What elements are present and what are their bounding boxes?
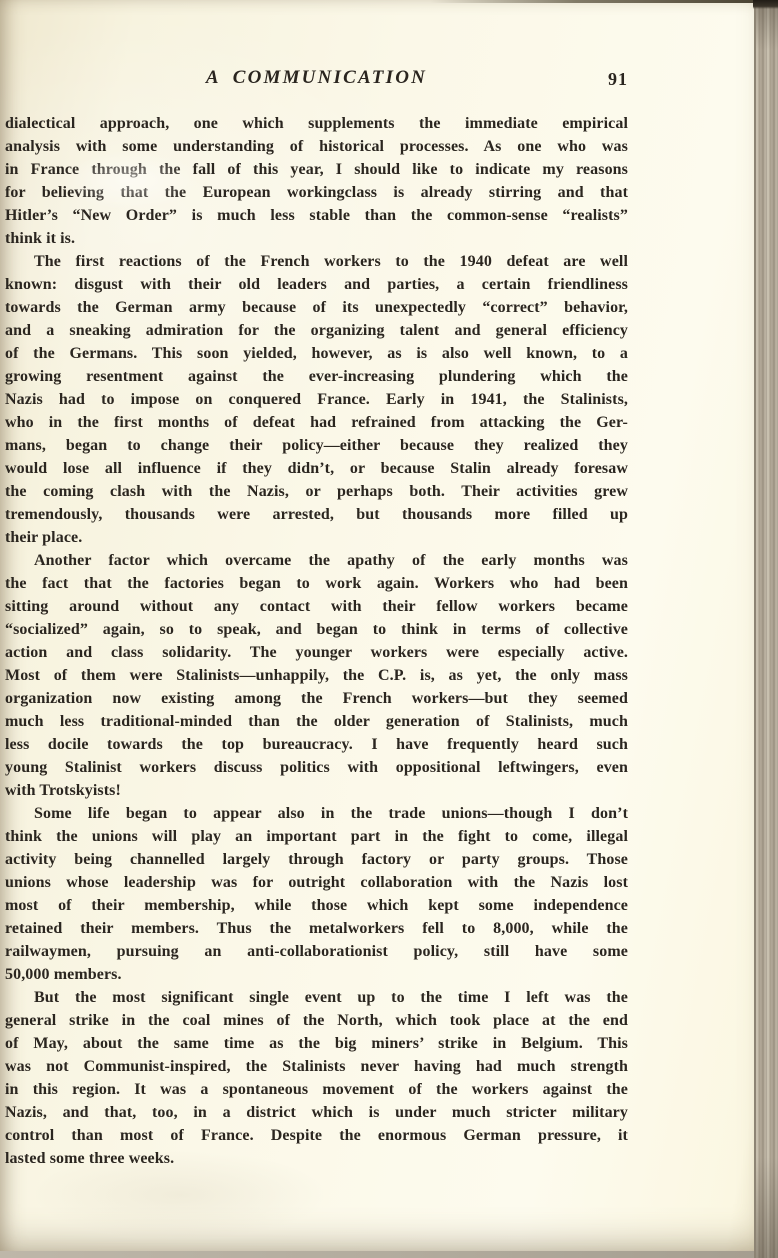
book-page: A COMMUNICATION 91 dialectical approach,…: [0, 0, 754, 1251]
text-line: of May, about the same time as the big m…: [5, 1032, 628, 1055]
text-line: lasted some three weeks.: [5, 1147, 628, 1170]
text-line: activity being channelled largely throug…: [5, 848, 628, 871]
text-line: think it is.: [5, 227, 628, 250]
paragraph: The first reactions of the French worker…: [5, 250, 628, 549]
text-line: unions whose leadership was for outright…: [5, 871, 628, 894]
scanned-book-page: A COMMUNICATION 91 dialectical approach,…: [0, 0, 778, 1258]
text-line: Some life began to appear also in the tr…: [5, 802, 628, 825]
top-right-corner-shadow: [753, 0, 778, 9]
text-line: organization now existing among the Fren…: [5, 687, 628, 710]
text-line: railwaymen, pursuing an anti-collaborati…: [5, 940, 628, 963]
text-line: Hitler’s “New Order” is much less stable…: [5, 204, 628, 227]
text-line: dialectical approach, one which suppleme…: [5, 112, 628, 135]
text-line: Another factor which overcame the apathy…: [5, 549, 628, 572]
page-body: dialectical approach, one which suppleme…: [5, 112, 628, 1170]
text-line: tremendously, thousands were arrested, b…: [5, 503, 628, 526]
text-line: less docile towards the top bureaucracy.…: [5, 733, 628, 756]
text-line: who in the first months of defeat had re…: [5, 411, 628, 434]
text-line: sitting around without any contact with …: [5, 595, 628, 618]
paragraph: Another factor which overcame the apathy…: [5, 549, 628, 802]
text-line: retained their members. Thus the metalwo…: [5, 917, 628, 940]
text-line: the fact that the factories began to wor…: [5, 572, 628, 595]
text-line: their place.: [5, 526, 628, 549]
text-line: Nazis had to impose on conquered France.…: [5, 388, 628, 411]
text-line: growing resentment against the ever-incr…: [5, 365, 628, 388]
running-title: A COMMUNICATION: [206, 66, 427, 90]
text-line: would lose all influence if they didn’t,…: [5, 457, 628, 480]
text-line: with Trotskyists!: [5, 779, 628, 802]
paragraph: dialectical approach, one which suppleme…: [5, 112, 628, 250]
page-header: A COMMUNICATION 91: [5, 66, 628, 90]
text-line: think the unions will play an important …: [5, 825, 628, 848]
text-line: and a sneaking admiration for the organi…: [5, 319, 628, 342]
text-line: action and class solidarity. The younger…: [5, 641, 628, 664]
text-line: in France through the fall of this year,…: [5, 158, 628, 181]
text-line: The first reactions of the French worker…: [5, 250, 628, 273]
text-line: most of their membership, while those wh…: [5, 894, 628, 917]
text-line: control than most of France. Despite the…: [5, 1124, 628, 1147]
page-number: 91: [608, 67, 628, 91]
text-line: “socialized” again, so to speak, and beg…: [5, 618, 628, 641]
text-line: the coming clash with the Nazis, or perh…: [5, 480, 628, 503]
text-line: mans, began to change their policy—eithe…: [5, 434, 628, 457]
text-line: known: disgust with their old leaders an…: [5, 273, 628, 296]
text-line: in this region. It was a spontaneous mov…: [5, 1078, 628, 1101]
text-line: Most of them were Stalinists—unhappily, …: [5, 664, 628, 687]
text-line: But the most significant single event up…: [5, 986, 628, 1009]
book-page-edges: [754, 0, 778, 1258]
text-line: was not Communist-inspired, the Stalinis…: [5, 1055, 628, 1078]
text-line: much less traditional-minded than the ol…: [5, 710, 628, 733]
text-line: for believing that the European workingc…: [5, 181, 628, 204]
text-line: 50,000 members.: [5, 963, 628, 986]
text-line: Nazis, and that, too, in a district whic…: [5, 1101, 628, 1124]
text-line: general strike in the coal mines of the …: [5, 1009, 628, 1032]
paragraph: But the most significant single event up…: [5, 986, 628, 1170]
text-line: towards the German army because of its u…: [5, 296, 628, 319]
bottom-scan-edge: [0, 1251, 754, 1258]
text-line: of the Germans. This soon yielded, howev…: [5, 342, 628, 365]
top-scan-edge: [430, 0, 754, 3]
paragraph: Some life began to appear also in the tr…: [5, 802, 628, 986]
text-line: analysis with some understanding of hist…: [5, 135, 628, 158]
text-line: young Stalinist workers discuss politics…: [5, 756, 628, 779]
